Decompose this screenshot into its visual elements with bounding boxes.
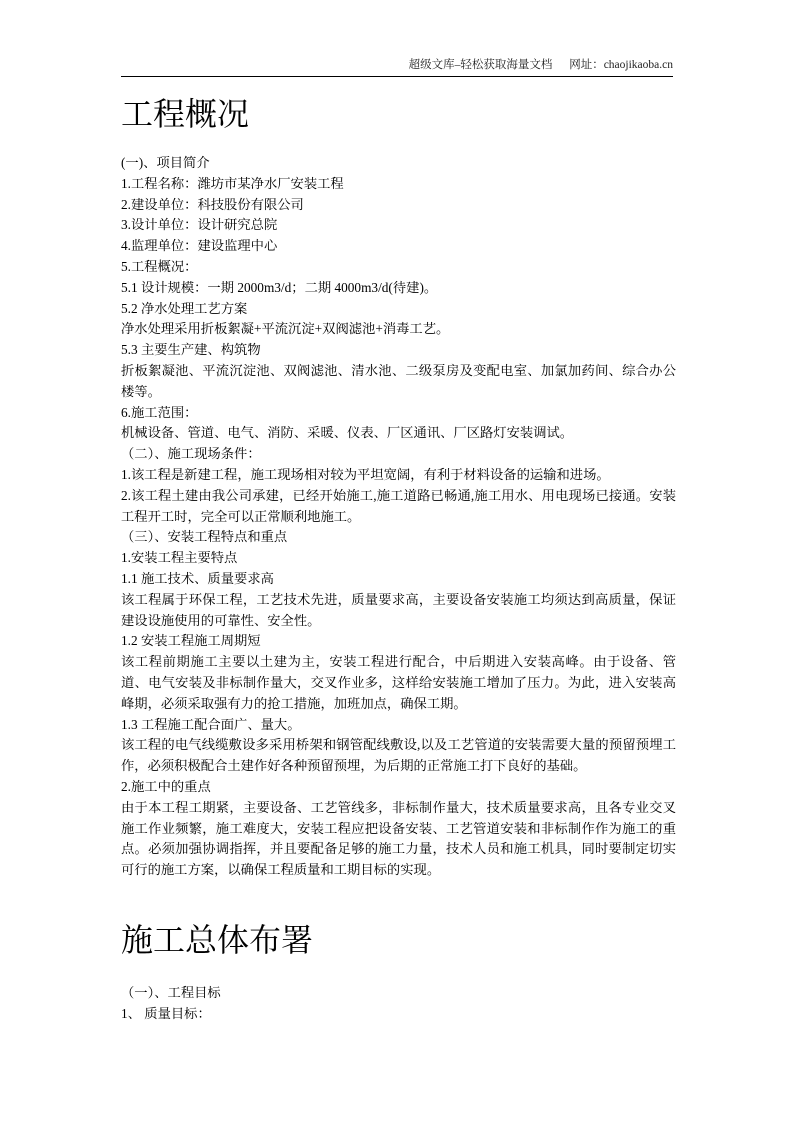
header-url[interactable]: 网址：chaojikaoba.cn <box>569 59 673 71</box>
project-name: 1.工程名称：潍坊市某净水厂安装工程 <box>121 174 676 195</box>
features-heading: （三）、安装工程特点和重点 <box>121 527 676 548</box>
page-header: 超级文库–轻松获取海量文档 网址：chaojikaoba.cn <box>121 56 673 77</box>
owner-unit: 2.建设单位：科技股份有限公司 <box>121 195 676 216</box>
deployment-body: （一）、工程目标 1、 质量目标： <box>121 983 676 1025</box>
design-scale: 5.1 设计规模：一期 2000m3/d；二期 4000m3/d(待建)。 <box>121 278 676 299</box>
structures-heading: 5.3 主要生产建、构筑物 <box>121 340 676 361</box>
header-site-name: 超级文库–轻松获取海量文档 <box>409 59 553 71</box>
project-overview-label: 5.工程概况： <box>121 257 676 278</box>
site-condition-1: 1.该工程是新建工程，施工现场相对较为平坦宽阔，有利于材料设备的运输和进场。 <box>121 465 676 486</box>
supervision-unit: 4.监理单位：建设监理中心 <box>121 236 676 257</box>
section-title-overview: 工程概况 <box>121 94 676 134</box>
subheading-project-intro: (一)、项目简介 <box>121 153 676 174</box>
process-plan-text: 净水处理采用折板絮凝+平流沉淀+双阀滤池+消毒工艺。 <box>121 319 676 340</box>
site-conditions-heading: （二）、施工现场条件： <box>121 444 676 465</box>
key-points-text: 由于本工程工期紧，主要设备、工艺管线多，非标制作量大，技术质量要求高，且各专业交… <box>121 798 676 881</box>
feature-1-1-text: 该工程属于环保工程，工艺技术先进，质量要求高，主要设备安装施工均须达到高质量，保… <box>121 590 676 632</box>
scope-text: 机械设备、管道、电气、消防、采暖、仪表、厂区通讯、厂区路灯安装调试。 <box>121 423 676 444</box>
feature-1-3-text: 该工程的电气线缆敷设多采用桥架和钢管配线敷设,以及工艺管道的安装需要大量的预留预… <box>121 735 676 777</box>
design-unit: 3.设计单位：设计研究总院 <box>121 215 676 236</box>
site-condition-2: 2.该工程土建由我公司承建，已经开始施工,施工道路已畅通,施工用水、用电现场已接… <box>121 486 676 528</box>
key-points-heading: 2.施工中的重点 <box>121 777 676 798</box>
feature-1-2-text: 该工程前期施工主要以土建为主，安装工程进行配合，中后期进入安装高峰。由于设备、管… <box>121 652 676 714</box>
process-plan-heading: 5.2 净水处理工艺方案 <box>121 299 676 320</box>
quality-goal-heading: 1、 质量目标： <box>121 1004 676 1025</box>
section-overview: 工程概况 <box>121 94 676 134</box>
scope-heading: 6.施工范围： <box>121 403 676 424</box>
feature-1-2-heading: 1.2 安装工程施工周期短 <box>121 631 676 652</box>
feature-1-1-heading: 1.1 施工技术、质量要求高 <box>121 569 676 590</box>
overview-body: (一)、项目简介 1.工程名称：潍坊市某净水厂安装工程 2.建设单位：科技股份有… <box>121 153 676 881</box>
structures-text: 折板絮凝池、平流沉淀池、双阀滤池、清水池、二级泵房及变配电室、加氯加药间、综合办… <box>121 361 676 403</box>
feature-1-3-heading: 1.3 工程施工配合面广、量大。 <box>121 715 676 736</box>
section-title-deployment: 施工总体布署 <box>121 920 676 960</box>
section-deployment: 施工总体布署 <box>121 920 676 960</box>
main-features-heading: 1.安装工程主要特点 <box>121 548 676 569</box>
project-goals-heading: （一）、工程目标 <box>121 983 676 1004</box>
